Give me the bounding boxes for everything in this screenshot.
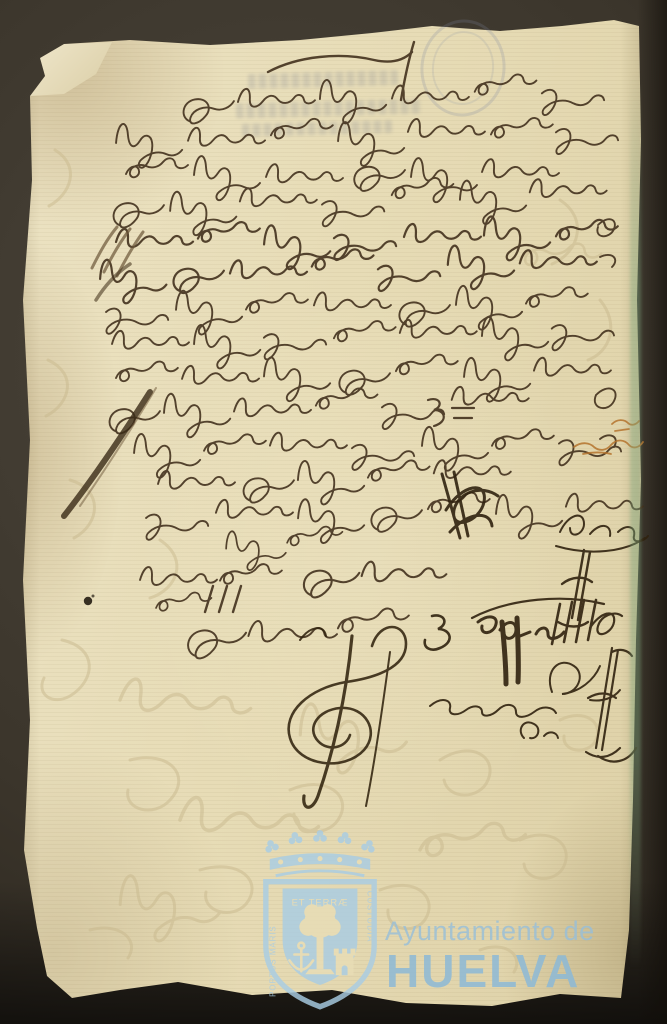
signatures [425,472,648,762]
handwriting-ink-layer [0,0,667,1024]
ink-blot [92,595,95,598]
rubric-flourish [289,627,406,807]
page-edge-highlight [630,70,641,970]
manuscript-text-lines [99,42,643,659]
faint-stamp [417,17,508,119]
ink-blot [84,597,92,605]
photo-backdrop: ET TERRÆ PORTUS MARIS CUSTODIA Ayuntamie… [0,0,667,1024]
